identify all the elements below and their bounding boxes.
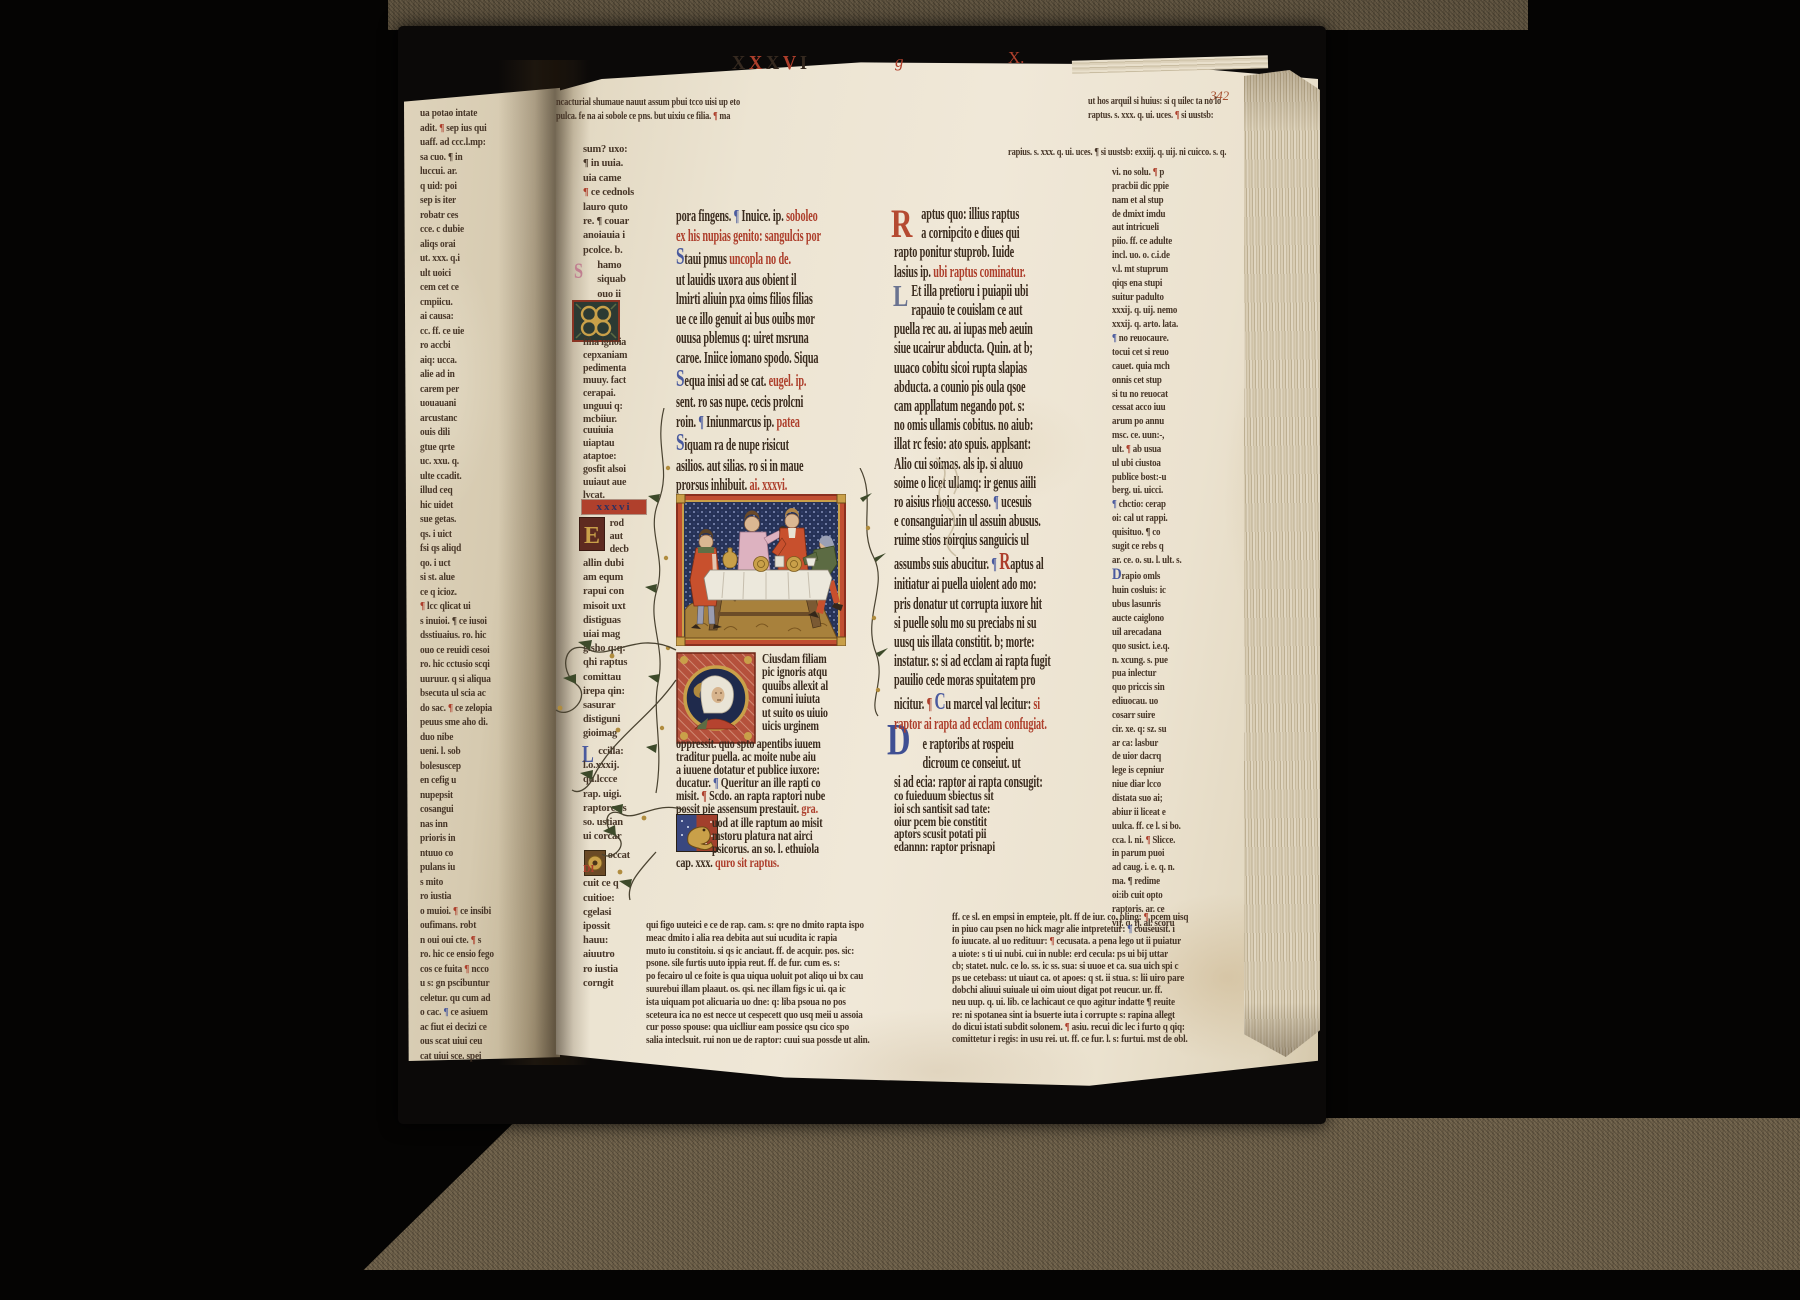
tendril-from-initial (548, 588, 678, 798)
bottom-gloss-right-block: ff. ce sl. en empsi in empteie, plt. ff … (952, 912, 1300, 1046)
main-column2: aptus quo: illius raptusa cornipcito e d… (894, 204, 1078, 791)
interlace-knot-initial (572, 300, 620, 342)
faint-marginal-scribble (926, 452, 972, 572)
book-number-mark: X. (1008, 48, 1024, 68)
main-column1-final: uod at ille raptum ao misitmstoru platur… (676, 816, 860, 869)
main-column1-upper: pora fingens. ¶ Inuice. ip. soboleoex hi… (676, 206, 858, 495)
gloss-mid-wide-line: rapius. s. xxx. q. ui. uces. ¶ si uustsb… (1008, 146, 1348, 160)
pink-initial-s: S (574, 258, 583, 284)
margin-gloss-part1: sum? uxo:¶ in uuia.uia came¶ ce cednolsl… (583, 142, 661, 257)
chapter-heading: XXXVI (732, 52, 811, 75)
margin-gloss-part2: hamosiquabouo ii (583, 258, 661, 301)
manuscript-photo: XXXVI g X. 342 ua potao intateadit. ¶ se… (0, 0, 1800, 1300)
main-column1-lower: oppressit. quo spto apentibs iuuemtradit… (676, 738, 860, 815)
bottom-gloss-left-block: qui figo uuteici e ce de rap. cam. s: qr… (646, 920, 946, 1048)
gloss-top-left-block: ncacturial shumaue nauut assum pbui tcco… (556, 96, 756, 123)
gloss-top-right-block: ut hos arquil si huius: si q uilec ta no… (1088, 95, 1313, 122)
main-column2-small-tail: co fuieduum sbiectus sitioi sch santisit… (894, 790, 1022, 854)
banquet-miniature-illustration (676, 494, 846, 646)
quire-mark: g (895, 52, 903, 72)
right-gloss-column: vi. no solu. ¶ ppracbii dic ppienam et a… (1112, 166, 1218, 930)
flourish-bottom-margin (596, 792, 686, 902)
ivy-flourish-right-of-miniature (848, 468, 908, 718)
left-page-gloss-column: ua potao intateadit. ¶ sep ius quiuaff. … (420, 106, 531, 1063)
table-surface-bottom (352, 1118, 1800, 1270)
main-column1-beside-initial: Ciusdam filiampic ignoris atququuibs all… (762, 652, 860, 732)
